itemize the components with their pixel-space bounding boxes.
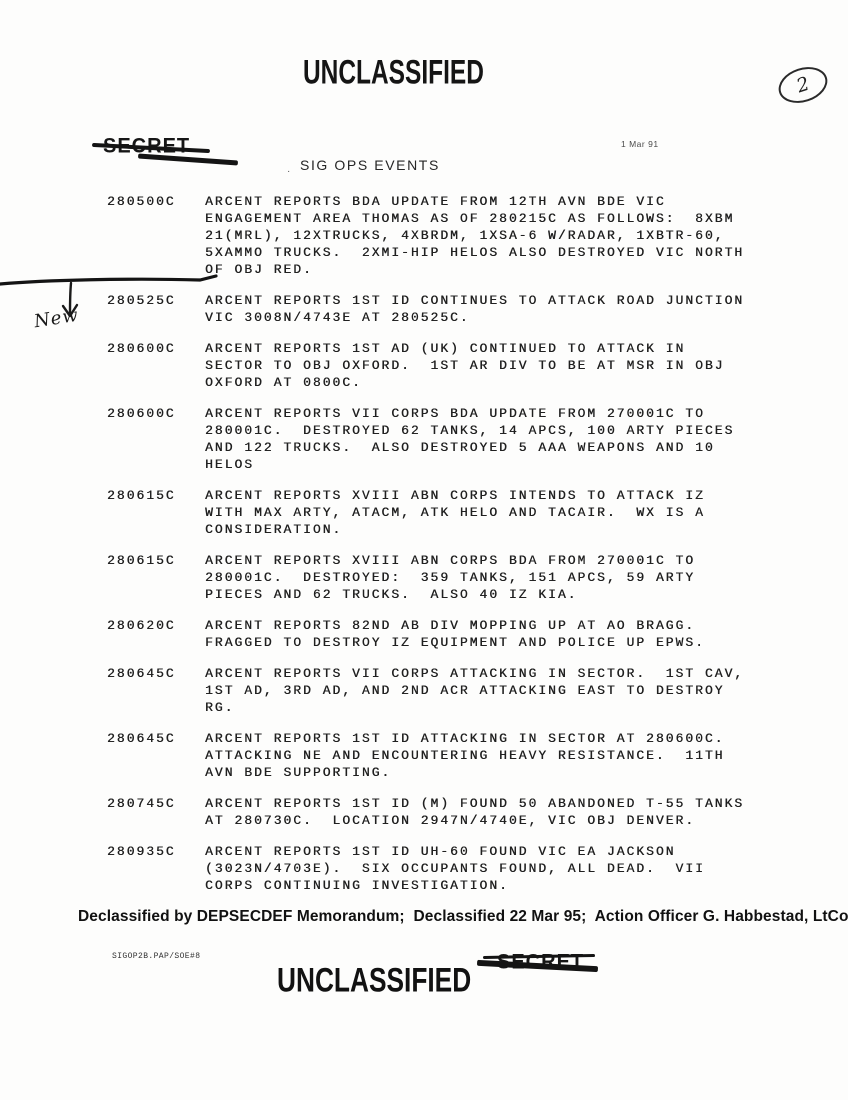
entry-timestamp: 280620C bbox=[107, 617, 205, 651]
log-entry: 280615C ARCENT REPORTS XVIII ABN CORPS B… bbox=[0, 552, 848, 603]
log-entry: 280600C ARCENT REPORTS VII CORPS BDA UPD… bbox=[0, 405, 848, 473]
entry-timestamp: 280600C bbox=[107, 405, 205, 473]
entry-text: ARCENT REPORTS BDA UPDATE FROM 12TH AVN … bbox=[205, 193, 767, 278]
entry-text: ARCENT REPORTS 1ST ID CONTINUES TO ATTAC… bbox=[205, 292, 767, 326]
entry-text: ARCENT REPORTS XVIII ABN CORPS INTENDS T… bbox=[205, 487, 767, 538]
entry-text: ARCENT REPORTS 1ST ID UH-60 FOUND VIC EA… bbox=[205, 843, 767, 894]
stray-mark: · bbox=[287, 166, 290, 177]
log-entry: 280645C ARCENT REPORTS 1ST ID ATTACKING … bbox=[0, 730, 848, 781]
entry-timestamp: 280645C bbox=[107, 730, 205, 781]
log-entry: 280600C ARCENT REPORTS 1ST AD (UK) CONTI… bbox=[0, 340, 848, 391]
entry-timestamp: 280615C bbox=[107, 552, 205, 603]
entry-text: ARCENT REPORTS 1ST AD (UK) CONTINUED TO … bbox=[205, 340, 767, 391]
entry-text: ARCENT REPORTS 1ST ID ATTACKING IN SECTO… bbox=[205, 730, 767, 781]
handwritten-page-number: 2 bbox=[774, 61, 832, 109]
entry-text: ARCENT REPORTS 1ST ID (M) FOUND 50 ABAND… bbox=[205, 795, 767, 829]
entry-timestamp: 280615C bbox=[107, 487, 205, 538]
document-date: 1 Mar 91 bbox=[621, 139, 659, 149]
entry-timestamp: 280645C bbox=[107, 665, 205, 716]
top-classification-marking: UNCLASSIFIED bbox=[303, 52, 484, 92]
declassification-note: Declassified by DEPSECDEF Memorandum; De… bbox=[78, 908, 848, 926]
log-entry: 280935C ARCENT REPORTS 1ST ID UH-60 FOUN… bbox=[0, 843, 848, 894]
entry-text: ARCENT REPORTS XVIII ABN CORPS BDA FROM … bbox=[205, 552, 767, 603]
entry-text: ARCENT REPORTS 82ND AB DIV MOPPING UP AT… bbox=[205, 617, 767, 651]
entry-text: ARCENT REPORTS VII CORPS ATTACKING IN SE… bbox=[205, 665, 767, 716]
file-reference: SIGOP2B.PAP/SOE#8 bbox=[112, 952, 200, 961]
document-page: UNCLASSIFIED 2 SECRET 1 Mar 91 · SIG OPS… bbox=[0, 0, 848, 1100]
log-entry: 280745C ARCENT REPORTS 1ST ID (M) FOUND … bbox=[0, 795, 848, 829]
log-entry: 280645C ARCENT REPORTS VII CORPS ATTACKI… bbox=[0, 665, 848, 716]
entry-text: ARCENT REPORTS VII CORPS BDA UPDATE FROM… bbox=[205, 405, 767, 473]
log-entry: 280615C ARCENT REPORTS XVIII ABN CORPS I… bbox=[0, 487, 848, 538]
entry-timestamp: 280745C bbox=[107, 795, 205, 829]
entry-timestamp: 280600C bbox=[107, 340, 205, 391]
log-entry: 280620C ARCENT REPORTS 82ND AB DIV MOPPI… bbox=[0, 617, 848, 651]
entry-timestamp: 280935C bbox=[107, 843, 205, 894]
document-title: SIG OPS EVENTS bbox=[300, 157, 440, 173]
bottom-classification-marking: UNCLASSIFIED bbox=[277, 960, 471, 1000]
page-number-text: 2 bbox=[794, 73, 812, 98]
